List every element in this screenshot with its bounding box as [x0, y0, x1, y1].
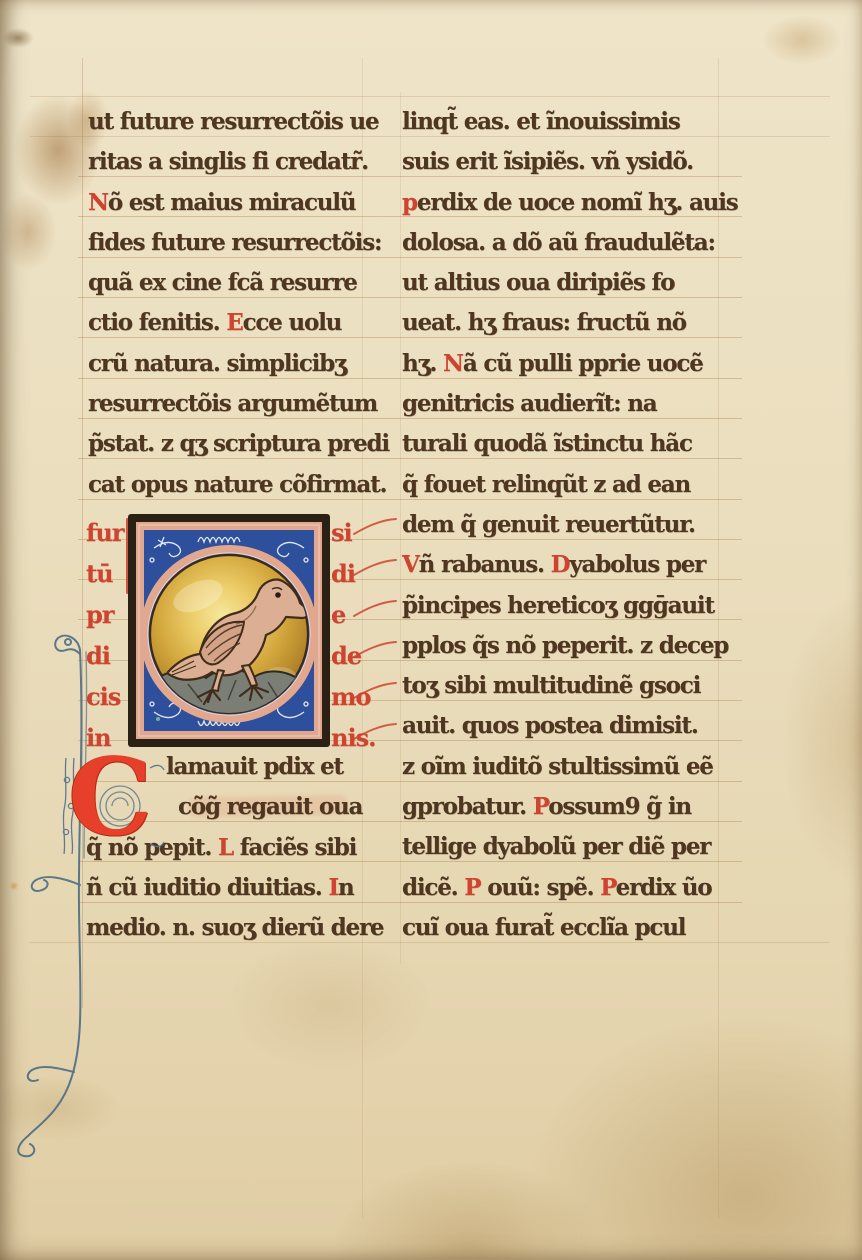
text-line: hʒ. Nã cũ pulli pprie uocẽ [402, 344, 740, 384]
partridge-miniature [128, 514, 330, 747]
text-line: fides future resurrectõis: [88, 223, 388, 263]
text-line: ut altius oua diripiẽs fo [402, 263, 740, 303]
initial-letter-c: C [68, 744, 152, 850]
text-line: cuĩ oua furat̃ ecclĩa pcul [402, 908, 740, 948]
text-line: tū [86, 553, 128, 594]
text-line: gprobatur. Possum9 g̃ in [402, 787, 740, 827]
text-line: ritas a singlis fi credatr̃. [88, 142, 388, 182]
rubric-flourish-tails [352, 512, 412, 762]
rubric-column-left: furtūprdicisin [86, 512, 128, 758]
text-line: ctio fenitis. Ecce uolu [88, 303, 388, 343]
text-line: perdix de uoce nomĩ hʒ. auis [402, 183, 740, 223]
text-line: linqt̃ eas. et ĩnouissimis [402, 102, 740, 142]
text-line: Nõ est maius miraculũ [88, 183, 388, 223]
text-line: resurrectõis argumẽtum [88, 384, 388, 424]
text-line: medio. n. suoʒ dierũ dere [86, 908, 398, 948]
text-line: pr [86, 594, 128, 635]
text-line: cõg̃ regauit oua [178, 787, 398, 827]
text-line: genitricis audierĩt: na [402, 384, 740, 424]
text-line: turali quodã ĩstinctu hãc [402, 424, 740, 464]
text-line: toʒ sibi multitudinẽ gsoci [402, 666, 740, 706]
text-line: cis [86, 676, 128, 717]
text-line: suis erit ĩsipiẽs. vñ ysidõ. [402, 142, 740, 182]
text-line: p̃stat. z qʒ scriptura predi [88, 424, 388, 464]
text-line: ueat. hʒ fraus: fructũ nõ [402, 303, 740, 343]
text-line: z oĩm iuditõ stultissimũ eẽ [402, 747, 740, 787]
manuscript-page: ut future resurrectõis ueritas a singlis… [0, 0, 862, 1260]
text-line: quã ex cine fcã resurre [88, 263, 388, 303]
text-line: tellige dyabolũ per diẽ per [402, 827, 740, 867]
text-line: ut future resurrectõis ue [88, 102, 388, 142]
text-line: di [86, 635, 128, 676]
text-line: pplos q̃s nõ peperit. z decep [402, 626, 740, 666]
text-line: crũ natura. simplicibʒ [88, 344, 388, 384]
text-line: dicẽ. P ouũ: spẽ. Perdix ũo [402, 868, 740, 908]
text-line: fur [86, 512, 128, 553]
text-column-left-upper: ut future resurrectõis ueritas a singlis… [88, 102, 388, 505]
text-line: ñ cũ iuditio diuitias. In [86, 868, 398, 908]
text-line: cat opus nature cõfirmat. [88, 465, 388, 505]
text-line: p̃incipes hereticoʒ ggḡauit [402, 586, 740, 626]
bird-eye [275, 592, 281, 598]
text-line: Vñ rabanus. Dyabolus per [402, 545, 740, 585]
text-line: dolosa. a dõ aũ fraudulẽta: [402, 223, 740, 263]
text-line: auit. quos postea dimisit. [402, 706, 740, 746]
text-line: q̃ fouet relinqũt z ad ean [402, 465, 740, 505]
text-column-right: linqt̃ eas. et ĩnouissimissuis erit ĩsip… [402, 102, 740, 948]
illuminated-initial: C [54, 758, 166, 854]
text-line: dem q̃ genuit reuertũtur. [402, 505, 740, 545]
